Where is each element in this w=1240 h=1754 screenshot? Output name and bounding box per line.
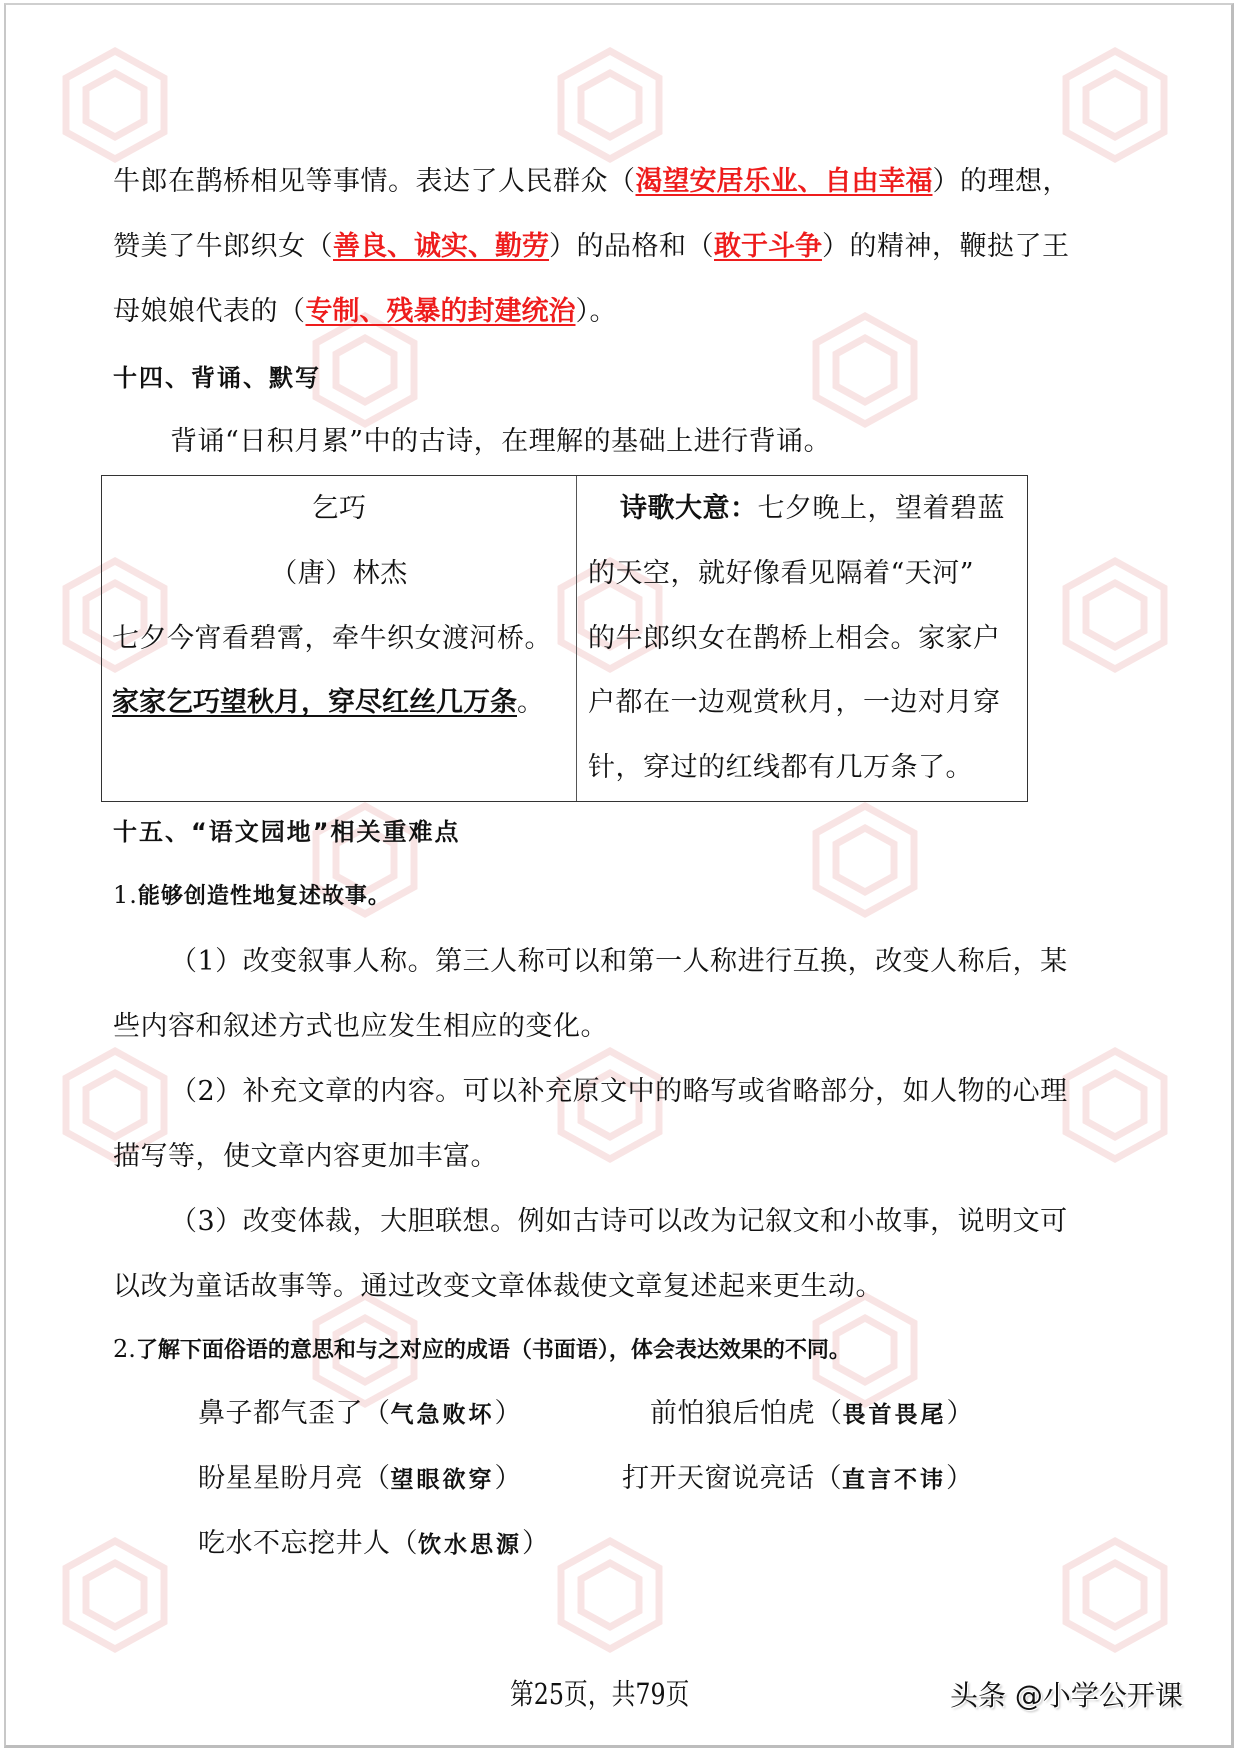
saying-pair: 前怕狼后怕虎（畏首畏尾） (650, 1396, 974, 1433)
text: ）的理想， (933, 166, 1071, 197)
meaning-label: 诗歌大意： (620, 493, 758, 524)
idiom: 饮水思源 (418, 1532, 522, 1558)
text: ）。 (576, 296, 618, 327)
text: 。 (517, 687, 545, 718)
meaning-line-5: 针，穿过的红线都有几万条了。 (588, 750, 973, 786)
section-heading-15: 十五、“语文园地”相关重难点 (113, 816, 461, 848)
saying-pair: 盼星星盼月亮（望眼欲穿） (198, 1461, 522, 1498)
brand-watermark: 头条 @小学公开课 (950, 1678, 1183, 1714)
poem-title: 乞巧 (102, 491, 576, 527)
point-1-item-1-line-2: 些内容和叙述方式也应发生相应的变化。 (113, 1009, 608, 1045)
text: 七夕晚上，望着碧蓝 (758, 493, 1006, 524)
answer-highlight: 敢于斗争 (714, 231, 822, 262)
point-number: 1. (113, 881, 138, 909)
text: ） (522, 1528, 550, 1559)
text: ）的品格和（ (549, 231, 714, 262)
intro-line-3: 母娘娘代表的（专制、残暴的封建统治）。 (113, 294, 617, 330)
point-2-title: 2.了解下面俗语的意思和与之对应的成语（书面语），体会表达效果的不同。 (113, 1334, 851, 1366)
text: （ (391, 1528, 419, 1559)
page-indicator: 第25页，共79页 (510, 1676, 689, 1712)
text: （ (815, 1463, 843, 1494)
text: ）的精神，鞭挞了王 (822, 231, 1070, 262)
point-number: 2. (113, 1335, 136, 1363)
meaning-line-1: 诗歌大意：七夕晚上，望着碧蓝 (620, 491, 1005, 527)
saying-pair: 打开天窗说亮话（直言不讳） (622, 1461, 974, 1498)
point-1-item-2-line-2: 描写等，使文章内容更加丰富。 (113, 1139, 498, 1175)
saying: 盼星星盼月亮 (198, 1463, 363, 1494)
text: （ (815, 1398, 843, 1429)
meaning-line-2: 的天空，就好像看见隔着“天河” (588, 556, 974, 592)
saying: 鼻子都气歪了 (198, 1398, 363, 1429)
document-page: 牛郎在鹊桥相见等事情。表达了人民群众（渴望安居乐业、自由幸福）的理想， 赞美了牛… (0, 0, 1240, 1754)
poem-line-2: 家家乞巧望秋月，穿尽红丝几万条。 (112, 685, 545, 721)
text: （ (363, 1463, 391, 1494)
point-1-item-3-line-2: 以改为童话故事等。通过改变文章体裁使文章复述起来更生动。 (113, 1269, 883, 1305)
poem-line-1: 七夕今宵看碧霄，牵牛织女渡河桥。 (112, 621, 552, 657)
text: ） (495, 1398, 523, 1429)
text: ） (947, 1398, 975, 1429)
answer-highlight: 渴望安居乐业、自由幸福 (636, 166, 933, 197)
intro-line-2: 赞美了牛郎织女（善良、诚实、勤劳）的品格和（敢于斗争）的精神，鞭挞了王 (113, 229, 1070, 265)
idiom: 畏首畏尾 (843, 1402, 947, 1428)
text: 能够创造性地复述故事。 (138, 884, 391, 909)
answer-highlight: 专制、残暴的封建统治 (306, 296, 576, 327)
idiom: 气急败坏 (391, 1402, 495, 1428)
idiom: 望眼欲穿 (391, 1467, 495, 1493)
point-1-item-2-line-1: （2）补充文章的内容。可以补充原文中的略写或省略部分，如人物的心理 (170, 1074, 1068, 1110)
poem-cell: 乞巧 （唐）林杰 七夕今宵看碧霄，牵牛织女渡河桥。 家家乞巧望秋月，穿尽红丝几万… (102, 476, 577, 801)
saying-pair: 吃水不忘挖井人（饮水思源） (198, 1526, 550, 1563)
poem-line-2-text: 家家乞巧望秋月，穿尽红丝几万条 (112, 687, 517, 718)
text: ） (946, 1463, 974, 1494)
saying: 吃水不忘挖井人 (198, 1528, 391, 1559)
text: （ (363, 1398, 391, 1429)
saying: 打开天窗说亮话 (622, 1463, 815, 1494)
answer-highlight: 善良、诚实、勤劳 (333, 231, 549, 262)
intro-line-1: 牛郎在鹊桥相见等事情。表达了人民群众（渴望安居乐业、自由幸福）的理想， (113, 164, 1070, 200)
point-1-item-1-line-1: （1）改变叙事人称。第三人称可以和第一人称进行互换，改变人称后，某 (170, 944, 1068, 980)
text: 赞美了牛郎织女（ (113, 231, 333, 262)
recite-instruction: 背诵“日积月累”中的古诗，在理解的基础上进行背诵。 (170, 424, 831, 460)
meaning-line-3: 的牛郎织女在鹊桥上相会。家家户 (588, 621, 1001, 657)
meaning-line-4: 户都在一边观赏秋月，一边对月穿 (588, 685, 1001, 721)
text: ） (495, 1463, 523, 1494)
saying: 前怕狼后怕虎 (650, 1398, 815, 1429)
poem-meaning-cell: 诗歌大意：七夕晚上，望着碧蓝 的天空，就好像看见隔着“天河” 的牛郎织女在鹊桥上… (577, 476, 1027, 801)
poem-author: （唐）林杰 (102, 556, 576, 592)
section-heading-14: 十四、背诵、默写 (113, 362, 321, 394)
point-1-title: 1.能够创造性地复述故事。 (113, 880, 391, 912)
point-1-item-3-line-1: （3）改变体裁，大胆联想。例如古诗可以改为记叙文和小故事，说明文可 (170, 1204, 1068, 1240)
poem-table: 乞巧 （唐）林杰 七夕今宵看碧霄，牵牛织女渡河桥。 家家乞巧望秋月，穿尽红丝几万… (101, 475, 1028, 802)
text: 了解下面俗语的意思和与之对应的成语（书面语），体会表达效果的不同。 (136, 1338, 851, 1363)
idiom: 直言不讳 (842, 1467, 946, 1493)
text: 母娘娘代表的（ (113, 296, 306, 327)
text: 牛郎在鹊桥相见等事情。表达了人民群众（ (113, 166, 636, 197)
saying-pair: 鼻子都气歪了（气急败坏） (198, 1396, 522, 1433)
